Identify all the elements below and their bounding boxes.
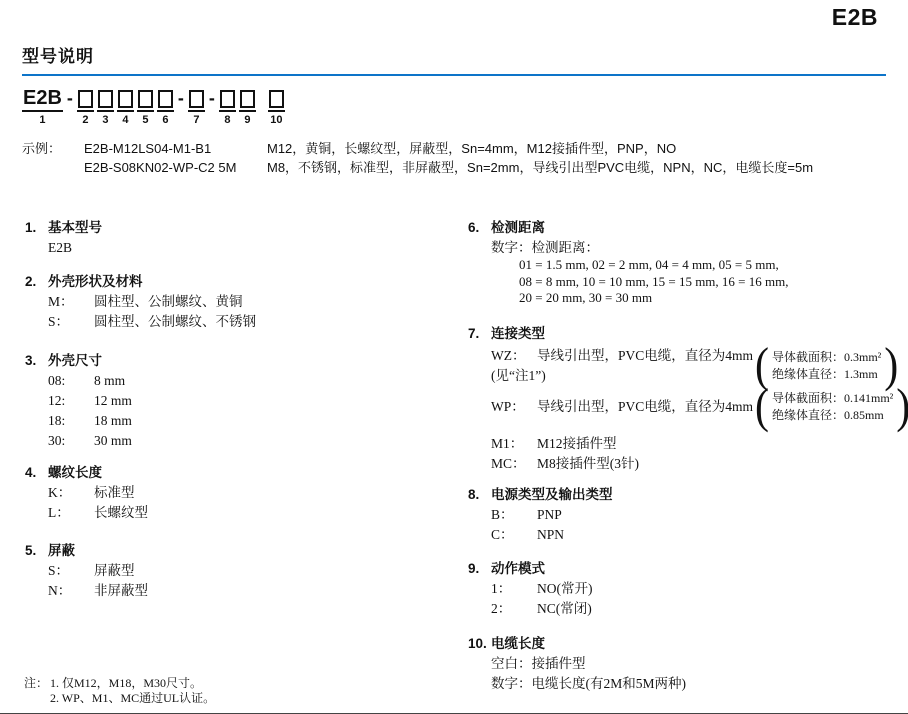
section-4-thread-length: 4. 螺纹长度 K：标准型 L：长螺纹型 [25, 463, 445, 523]
item-code: L： [48, 503, 94, 523]
model-code-prefix: E2B [23, 88, 62, 108]
section-5-shielding: 5. 屏蔽 S：屏蔽型 N：非屏蔽型 [25, 541, 445, 601]
item-code: WP： [491, 397, 537, 417]
item-text: 接插件型 [532, 654, 586, 674]
connector-text: 导线引出型，PVC电缆，直径为4mm [537, 346, 753, 366]
section-number: 4. [25, 463, 48, 483]
code-unit-dash: - [66, 88, 74, 126]
position-number: 3 [102, 115, 108, 126]
section-1-basic-model: 1. 基本型号 E2B [25, 218, 445, 258]
connector-wz-row: WZ： 导线引出型，PVC电缆，直径为4mm (见“注1”) ( 导体截面积：0… [491, 346, 903, 386]
spec-line: 导体截面积：0.3mm² [772, 349, 881, 366]
item-code: 08: [48, 371, 94, 391]
section-title-block: 型号说明 [22, 42, 886, 76]
section-6-sensing-distance: 6. 检测距离 数字：检测距离： 01 = 1.5 mm, 02 = 2 mm,… [468, 218, 903, 307]
paren-close: ) [896, 385, 908, 429]
sensing-distance-lead: 数字：检测距离： [491, 238, 903, 257]
item-text: 圆柱型、公制螺纹、不锈钢 [94, 312, 256, 332]
section-number: 3. [25, 351, 48, 371]
item-code: 2： [491, 599, 537, 619]
item-text: NC(常闭) [537, 599, 592, 619]
item-code: M1： [491, 434, 537, 454]
code-unit-box-2: 2 [77, 90, 94, 126]
code-unit-box-3: 3 [97, 90, 114, 126]
item-code: K： [48, 483, 94, 503]
section-title: 螺纹长度 [48, 463, 102, 483]
section-title: 外壳尺寸 [48, 351, 102, 371]
item-code: B： [491, 505, 537, 525]
section-7-connection-type: 7. 连接类型 WZ： 导线引出型，PVC电缆，直径为4mm (见“注1”) ( [468, 324, 903, 474]
section-number: 1. [25, 218, 48, 238]
item-text: M12接插件型 [537, 434, 617, 454]
section-number: 9. [468, 559, 491, 579]
examples-label: 示例： [22, 139, 84, 158]
code-box [240, 90, 255, 108]
section-2-housing-shape-material: 2. 外壳形状及材料 M：圆柱型、公制螺纹、黄铜 S：圆柱型、公制螺纹、不锈钢 [25, 272, 445, 332]
code-unit-box-5: 5 [137, 90, 154, 126]
section-title: 检测距离 [491, 218, 545, 238]
section-title: 电源类型及输出类型 [491, 485, 613, 505]
distance-line: 20 = 20 mm, 30 = 30 mm [519, 290, 903, 307]
section-title: 连接类型 [491, 324, 545, 344]
code-unit-box-10: 10 [268, 90, 285, 126]
section-title: 电缆长度 [491, 634, 545, 654]
item-text: M8接插件型(3针) [537, 454, 639, 474]
section-3-housing-size: 3. 外壳尺寸 08:8 mm 12:12 mm 18:18 mm 30:30 … [25, 351, 445, 451]
item-text: E2B [48, 238, 72, 258]
item-text: 长螺纹型 [94, 503, 148, 523]
connector-wp-row: WP： 导线引出型，PVC电缆，直径为4mm ( 导体截面积：0.141mm² … [491, 388, 903, 426]
item-text: PNP [537, 505, 562, 525]
item-code: S： [48, 561, 94, 581]
code-box [269, 90, 284, 108]
code-unit-box-8: 8 [219, 90, 236, 126]
section-number: 8. [468, 485, 491, 505]
page-title: 型号说明 [22, 42, 886, 67]
code-unit-box-4: 4 [117, 90, 134, 126]
item-text: 30 mm [94, 431, 132, 451]
item-text: 屏蔽型 [94, 561, 135, 581]
item-code: 30: [48, 431, 94, 451]
item-code: 1： [491, 579, 537, 599]
examples-block: 示例： E2B-M12LS04-M1-B1 M12，黄铜，长螺纹型，屏蔽型，Sn… [22, 139, 898, 177]
section-title: 基本型号 [48, 218, 102, 238]
code-box [98, 90, 113, 108]
item-text: 电缆长度(有2M和5M两种) [532, 674, 687, 694]
item-code: M： [48, 292, 94, 312]
example-desc: M12，黄铜，长螺纹型，屏蔽型，Sn=4mm，M12接插件型，PNP，NO [267, 139, 898, 158]
distance-line: 01 = 1.5 mm, 02 = 2 mm, 04 = 4 mm, 05 = … [519, 257, 903, 274]
example-desc: M8，不锈钢，标准型，非屏蔽型，Sn=2mm，导线引出型PVC电缆，NPN，NC… [267, 158, 898, 177]
code-box [118, 90, 133, 108]
position-number: 10 [270, 115, 282, 126]
wz-cable-spec: ( 导体截面积：0.3mm² 绝缘体直径：1.3mm ) [755, 347, 898, 385]
position-number: 1 [39, 115, 45, 126]
note-line: 2. WP、M1、MC通过UL认证。 [50, 691, 215, 706]
item-code: 12: [48, 391, 94, 411]
position-number: 4 [122, 115, 128, 126]
code-unit-dash: - [208, 88, 216, 126]
note-line: 1. 仅M12，M18，M30尺寸。 [50, 676, 215, 691]
item-code: MC： [491, 454, 537, 474]
item-text: 非屏蔽型 [94, 581, 148, 601]
section-title: 外壳形状及材料 [48, 272, 143, 292]
item-text: 标准型 [94, 483, 135, 503]
section-number: 2. [25, 272, 48, 292]
section-8-power-output-type: 8. 电源类型及输出类型 B：PNP C：NPN [468, 485, 903, 545]
item-code: S： [48, 312, 94, 332]
wp-cable-spec: ( 导体截面积：0.141mm² 绝缘体直径：0.85mm ) [755, 388, 908, 426]
section-10-cable-length: 10. 电缆长度 空白：接插件型 数字：电缆长度(有2M和5M两种) [468, 634, 903, 694]
brand-title: E2B [832, 4, 878, 31]
code-dash: - [67, 88, 73, 108]
spec-line: 绝缘体直径：1.3mm [772, 366, 881, 383]
item-text: 8 mm [94, 371, 125, 391]
example-code: E2B-S08KN02-WP-C2 5M [84, 158, 267, 177]
example-code: E2B-M12LS04-M1-B1 [84, 139, 267, 158]
item-text: 圆柱型、公制螺纹、黄铜 [94, 292, 243, 312]
code-unit-prefix: E2B 1 [22, 88, 63, 126]
code-box [158, 90, 173, 108]
section-title: 动作模式 [491, 559, 545, 579]
item-code: 空白： [491, 654, 532, 674]
paren-open: ( [755, 385, 769, 429]
connector-note: (见“注1”) [491, 366, 753, 386]
item-text: 12 mm [94, 391, 132, 411]
model-code-diagram: E2B 1 - 2 3 4 5 6 - [22, 88, 288, 126]
code-box [189, 90, 204, 108]
code-dash: - [178, 88, 184, 108]
left-column: 1. 基本型号 E2B 2. 外壳形状及材料 M：圆柱型、公制螺纹、黄铜 S：圆… [25, 218, 445, 616]
code-unit-box-9: 9 [239, 90, 256, 126]
section-number: 10. [468, 634, 491, 654]
section-title: 屏蔽 [48, 541, 75, 561]
section-number: 6. [468, 218, 491, 238]
item-text: NO(常开) [537, 579, 593, 599]
item-code: 数字： [491, 674, 532, 694]
code-dash: - [209, 88, 215, 108]
section-number: 7. [468, 324, 491, 344]
code-unit-box-7: 7 [188, 90, 205, 126]
item-code: 18: [48, 411, 94, 431]
footnotes: 注： 1. 仅M12，M18，M30尺寸。 2. WP、M1、MC通过UL认证。 [24, 676, 215, 706]
position-number: 8 [224, 115, 230, 126]
spec-line: 导体截面积：0.141mm² [772, 390, 893, 407]
section-9-operation-mode: 9. 动作模式 1：NO(常开) 2：NC(常闭) [468, 559, 903, 619]
item-code: C： [491, 525, 537, 545]
position-number: 5 [142, 115, 148, 126]
item-code: WZ： [491, 346, 537, 366]
connector-text: 导线引出型，PVC电缆，直径为4mm [537, 397, 753, 417]
item-text: NPN [537, 525, 564, 545]
position-number: 7 [193, 115, 199, 126]
position-number: 9 [244, 115, 250, 126]
code-unit-box-6: 6 [157, 90, 174, 126]
item-code: N： [48, 581, 94, 601]
datasheet-page: E2B 型号说明 E2B 1 - 2 3 4 5 [0, 0, 908, 714]
right-column: 6. 检测距离 数字：检测距离： 01 = 1.5 mm, 02 = 2 mm,… [468, 218, 903, 709]
section-number: 5. [25, 541, 48, 561]
position-number: 2 [82, 115, 88, 126]
distance-line: 08 = 8 mm, 10 = 10 mm, 15 = 15 mm, 16 = … [519, 274, 903, 291]
item-text: 18 mm [94, 411, 132, 431]
code-box [78, 90, 93, 108]
position-number: 6 [162, 115, 168, 126]
code-box [138, 90, 153, 108]
code-box [220, 90, 235, 108]
note-label: 注： [24, 676, 50, 706]
code-unit-dash: - [177, 88, 185, 126]
spec-line: 绝缘体直径：0.85mm [772, 407, 893, 424]
